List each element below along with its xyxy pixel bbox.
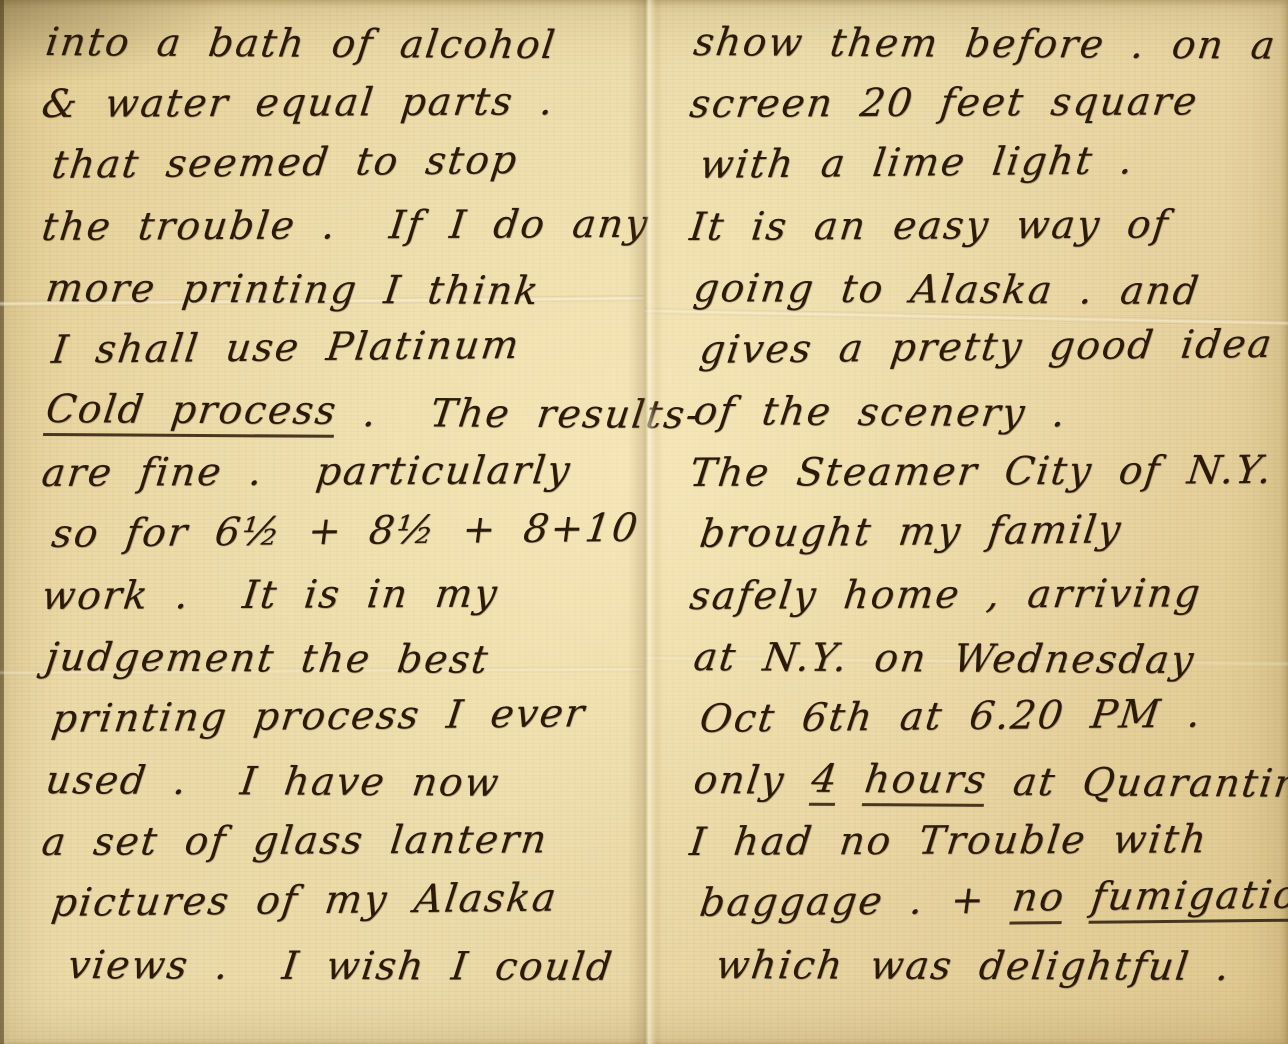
underlined-text-segment: Cold process xyxy=(43,387,340,438)
handwritten-line: at N.Y. on Wednesday xyxy=(690,627,1288,692)
handwritten-line: safely home , arriving xyxy=(686,562,1288,627)
underlined-text-segment: fumigation xyxy=(1088,873,1288,924)
text-segment: so for 6½ + 8½ + 8+10 xyxy=(49,506,642,557)
letter-page-left: into a bath of alcohol& water equal part… xyxy=(0,0,644,1044)
text-segment: views . I wish I could xyxy=(65,943,616,990)
letter-page-right: show them before . on ascreen 20 feet sq… xyxy=(644,0,1288,1044)
text-segment: & water equal parts . xyxy=(39,79,557,127)
handwritten-line: more printing I think xyxy=(42,258,651,323)
text-segment: screen 20 feet square xyxy=(687,79,1201,127)
handwritten-line: are fine . particularly xyxy=(38,439,648,504)
handwritten-line: views . I wish I could xyxy=(64,935,674,999)
text-segment: used . I have now xyxy=(43,758,503,806)
handwritten-line: which was delightful . xyxy=(712,935,1288,999)
handwritten-line: gives a pretty good idea xyxy=(696,313,1288,381)
text-segment: only xyxy=(691,758,814,804)
text-segment: show them before . on a xyxy=(691,20,1279,69)
text-segment: a set of glass lantern xyxy=(39,817,550,865)
handwritten-line: with a lime light . xyxy=(696,129,1288,197)
text-segment: printing process I ever xyxy=(49,691,589,742)
center-fold xyxy=(628,0,664,1044)
text-segment: which was delightful . xyxy=(713,943,1233,990)
text-segment: I had no Trouble with xyxy=(687,817,1210,865)
handwritten-line: of the scenery . xyxy=(690,381,1288,446)
letter-sheet: into a bath of alcohol& water equal part… xyxy=(0,0,1288,1044)
handwritten-line: printing process I ever xyxy=(48,682,659,750)
text-segment: brought my family xyxy=(697,508,1125,557)
text-segment: work . It is in my xyxy=(39,571,501,618)
handwritten-line: pictures of my Alaska xyxy=(48,867,659,935)
text-segment: It is an easy way of xyxy=(687,202,1171,250)
handwritten-line: brought my family xyxy=(696,498,1288,566)
handwritten-line: The Steamer City of N.Y. xyxy=(686,439,1288,504)
text-segment: safely home , arriving xyxy=(687,571,1204,619)
handwritten-line: It is an easy way of xyxy=(686,193,1288,258)
handwritten-line: into a bath of alcohol xyxy=(42,12,651,77)
handwritten-line: & water equal parts . xyxy=(38,70,648,135)
handwritten-line: screen 20 feet square xyxy=(686,70,1288,135)
text-segment: with a lime light . xyxy=(697,139,1137,189)
handwritten-line: I had no Trouble with xyxy=(686,808,1288,873)
text-segment: at N.Y. on Wednesday xyxy=(691,635,1198,683)
text-segment: are fine . particularly xyxy=(39,448,574,496)
underlined-text-segment: hours xyxy=(861,757,990,807)
handwritten-line: the trouble . If I do any xyxy=(38,193,648,258)
text-segment: baggage . + xyxy=(697,878,1015,926)
text-segment: more printing I think xyxy=(43,266,543,314)
text-segment: going to Alaska . and xyxy=(691,266,1203,314)
text-segment: I shall use Platinum xyxy=(49,323,523,373)
handwritten-line: only 4 hours at Quarantine xyxy=(690,750,1288,815)
handwritten-line: used . I have now xyxy=(42,750,651,815)
text-segment: of the scenery . xyxy=(691,389,1070,436)
handwritten-line: judgement the best xyxy=(42,627,651,692)
text-segment: The Steamer City of N.Y. xyxy=(687,448,1275,496)
text-segment: at Quarantine xyxy=(984,760,1288,807)
text-segment: gives a pretty good idea xyxy=(697,322,1276,373)
text-segment: pictures of my Alaska xyxy=(49,876,560,926)
text-segment: into a bath of alcohol xyxy=(43,20,559,68)
handwritten-line: baggage . + no fumigation xyxy=(696,867,1288,935)
handwritten-line: Oct 6th at 6.20 PM . xyxy=(696,682,1288,750)
handwritten-line: a set of glass lantern xyxy=(38,808,648,873)
handwritten-line: so for 6½ + 8½ + 8+10 xyxy=(48,498,659,566)
handwritten-line: show them before . on a xyxy=(690,12,1288,77)
handwritten-line: work . It is in my xyxy=(38,562,648,627)
handwritten-line: Cold process . The results- xyxy=(42,381,651,446)
text-segment: that seemed to stop xyxy=(49,138,521,188)
handwritten-line: I shall use Platinum xyxy=(48,313,659,381)
handwritten-line: that seemed to stop xyxy=(48,129,659,197)
handwritten-line: going to Alaska . and xyxy=(690,258,1288,323)
text-segment: Oct 6th at 6.20 PM . xyxy=(697,691,1205,741)
text-segment: the trouble . If I do any xyxy=(39,202,651,250)
underlined-text-segment: no xyxy=(1009,875,1068,925)
text-segment: judgement the best xyxy=(43,635,492,683)
